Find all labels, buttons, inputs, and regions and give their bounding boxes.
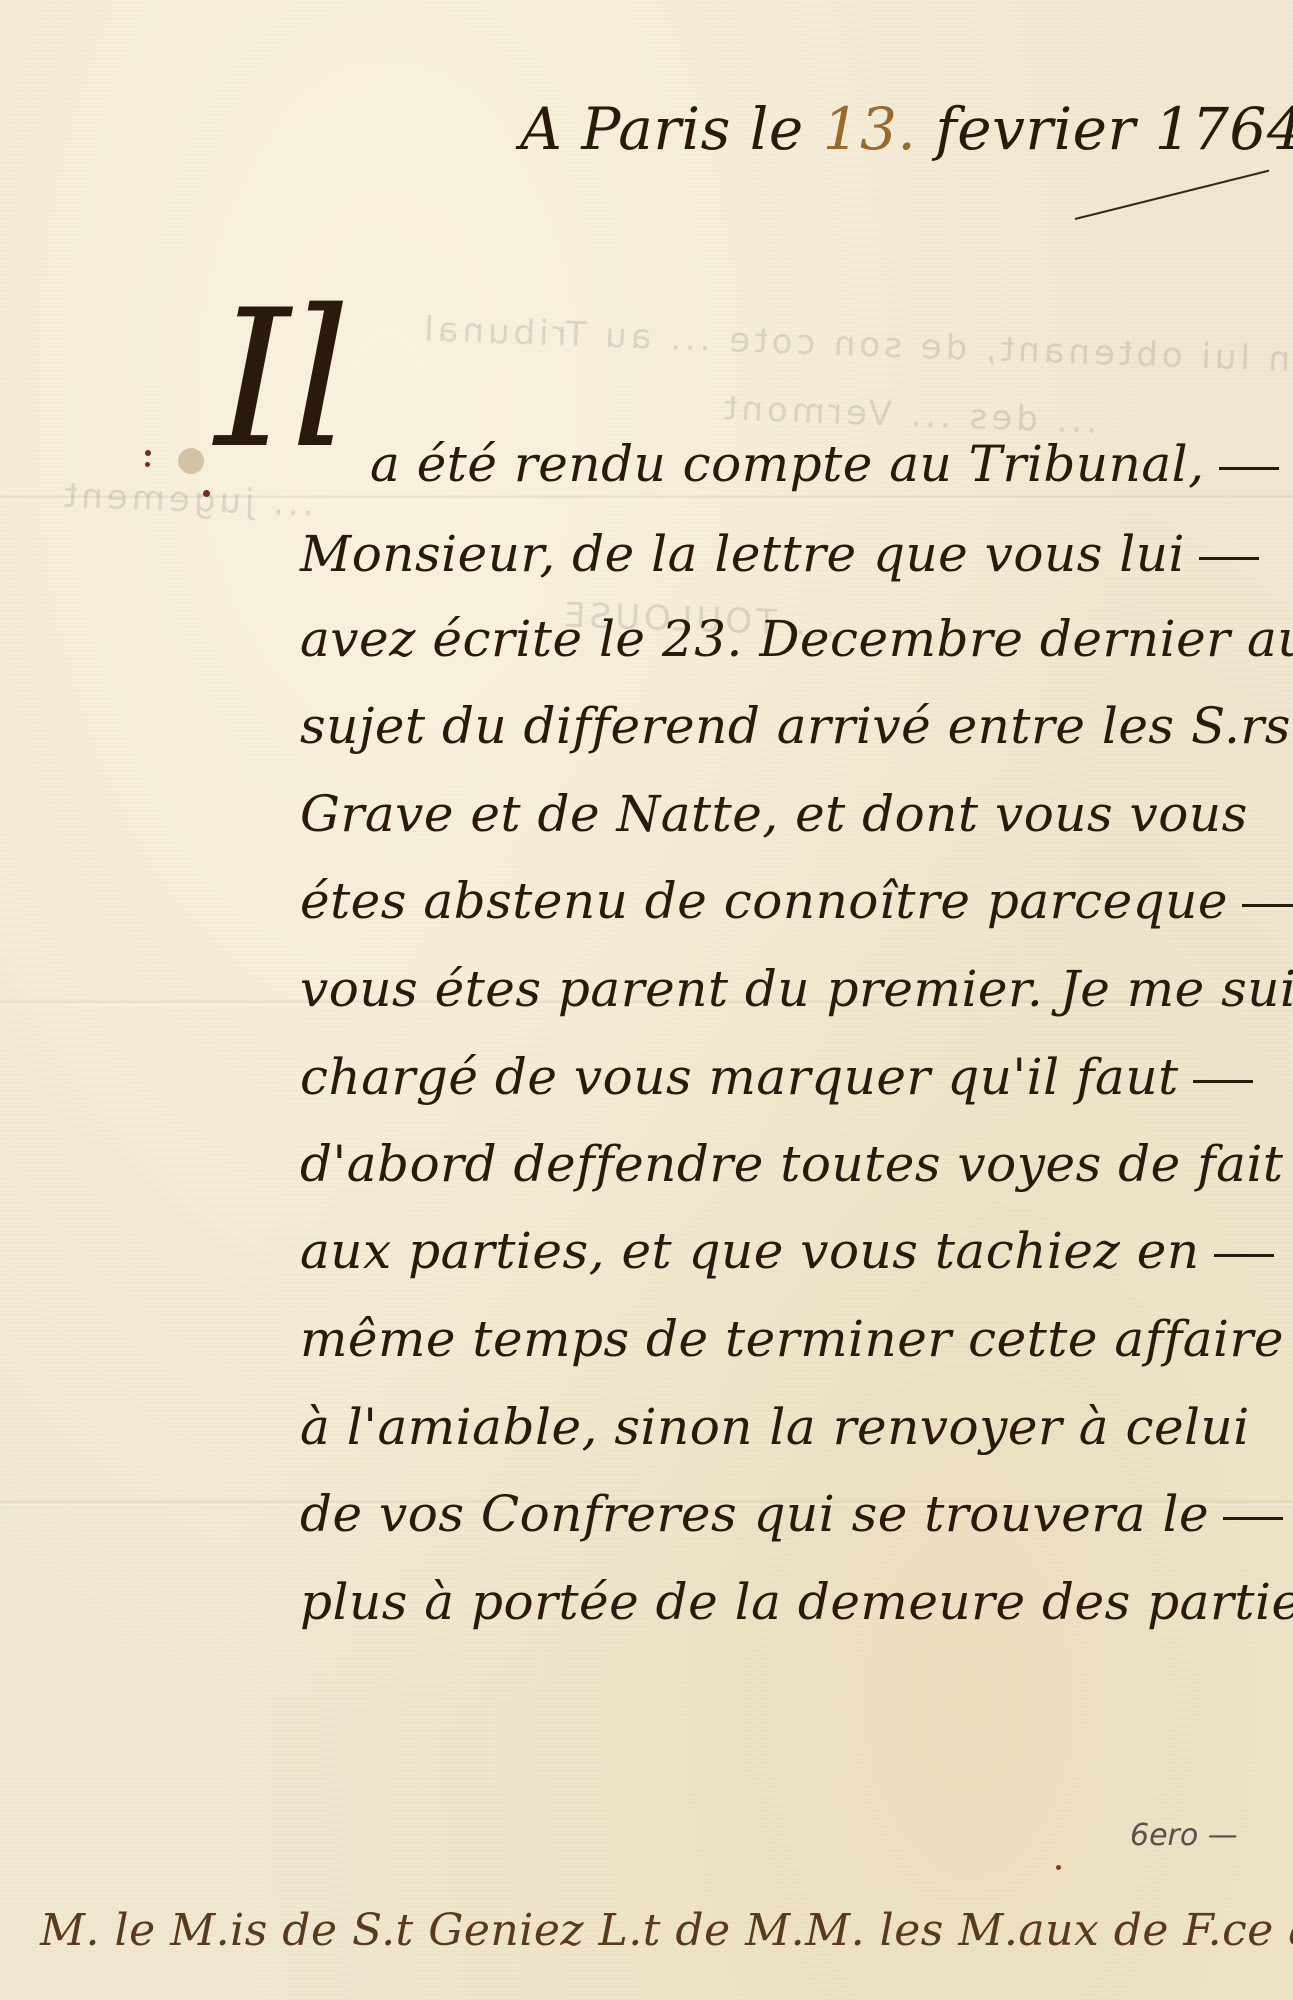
- bleed-through-line: ... des ... Vermont: [719, 388, 1097, 441]
- letter-line: à l'amiable, sinon la renvoyer à celui: [300, 1398, 1250, 1456]
- letter-line: d'abord deffendre toutes voyes de fait: [300, 1135, 1284, 1193]
- line-filler-dash: [1199, 557, 1259, 560]
- letter-line: Grave et de Natte, et dont vous vous: [300, 785, 1248, 843]
- letter-line-text: même temps de terminer cette affaire: [300, 1310, 1284, 1368]
- letter-line-text: chargé de vous marquer qu'il faut: [300, 1048, 1179, 1106]
- letter-line-text: vous étes parent du premier. Je me suis: [300, 960, 1293, 1018]
- ink-spot: [145, 450, 151, 456]
- line-filler-dash: [1242, 904, 1293, 907]
- letter-line: plus à portée de la demeure des parties,: [300, 1573, 1293, 1631]
- letter-line-text: plus à portée de la demeure des parties,: [300, 1573, 1293, 1631]
- dateline: A Paris le 13. fevrier 1764.: [520, 95, 1293, 163]
- line-filler-dash: [1219, 467, 1279, 470]
- drop-cap: Il: [215, 285, 351, 475]
- dateline-month: fevrier: [935, 95, 1135, 163]
- letter-line: sujet du differend arrivé entre les S.rs…: [300, 697, 1293, 755]
- dateline-day: 13.: [823, 95, 917, 163]
- letter-line: a été rendu compte au Tribunal,: [370, 435, 1279, 493]
- letter-line-text: d'abord deffendre toutes voyes de fait: [300, 1135, 1284, 1193]
- letter-line: même temps de terminer cette affaire: [300, 1310, 1284, 1368]
- letter-page: en lui obtenant, de son cote ... au Trib…: [0, 0, 1293, 2000]
- dateline-year: 1764.: [1155, 95, 1293, 163]
- ink-spot: [203, 490, 210, 497]
- letter-line-text: aux parties, et que vous tachiez en: [300, 1222, 1200, 1280]
- letter-line-text: étes abstenu de connoître parceque: [300, 872, 1228, 930]
- stain-spot: [178, 448, 204, 474]
- dateline-flourish: [1075, 170, 1270, 220]
- letter-line-text: sujet du differend arrivé entre les S.rs…: [300, 697, 1293, 755]
- pencil-annotation: 6ero —: [1130, 1818, 1238, 1853]
- letter-line: vous étes parent du premier. Je me suis: [300, 960, 1293, 1018]
- letter-line-text: Grave et de Natte, et dont vous vous: [300, 785, 1248, 843]
- letter-line: étes abstenu de connoître parceque: [300, 872, 1293, 930]
- letter-line: aux parties, et que vous tachiez en: [300, 1222, 1274, 1280]
- dateline-place: A Paris le: [520, 95, 804, 163]
- recipient-address: M. le M.is de S.t Geniez L.t de M.M. les…: [40, 1905, 1293, 1956]
- letter-line-text: à l'amiable, sinon la renvoyer à celui: [300, 1398, 1250, 1456]
- letter-line: chargé de vous marquer qu'il faut: [300, 1048, 1253, 1106]
- ink-spot: [1056, 1865, 1061, 1870]
- line-filler-dash: [1223, 1517, 1283, 1520]
- letter-line-text: a été rendu compte au Tribunal,: [370, 435, 1205, 493]
- ink-spot: [145, 462, 150, 467]
- letter-line-text: de vos Confreres qui se trouvera le: [300, 1485, 1209, 1543]
- letter-line: Monsieur, de la lettre que vous lui: [300, 525, 1259, 583]
- line-filler-dash: [1214, 1254, 1274, 1257]
- letter-line-text: avez écrite le 23. Decembre dernier au: [300, 610, 1293, 668]
- line-filler-dash: [1193, 1080, 1253, 1083]
- bleed-through-line: en lui obtenant, de son cote ... au Trib…: [420, 309, 1293, 380]
- letter-line: avez écrite le 23. Decembre dernier au: [300, 610, 1293, 668]
- letter-line-text: Monsieur, de la lettre que vous lui: [300, 525, 1185, 583]
- letter-line: de vos Confreres qui se trouvera le: [300, 1485, 1283, 1543]
